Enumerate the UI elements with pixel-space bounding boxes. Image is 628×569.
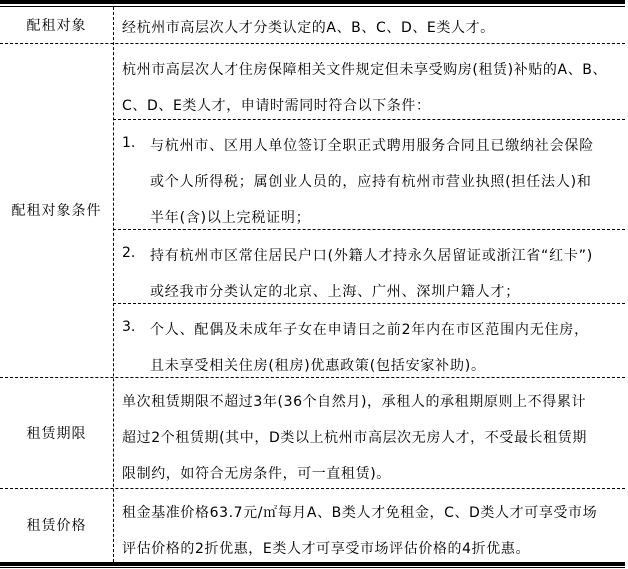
row-content-lease-term: 单次租赁期限不超过3年(36个自然月)，承租人的承租期原则上不得累计 超过2个租… [114, 377, 622, 488]
bottom-thin-rule [0, 567, 625, 568]
conditions-intro: 杭州市高层次人才住房保障相关文件规定但未享受购房(租赁)补贴的A、B、 C、D、… [114, 43, 622, 119]
condition-item-2: 2. 持有杭州市区常住居民户口(外籍人才持永久居留证或浙江省“红卡”) 或经我市… [114, 229, 622, 303]
text-line: 个人、配偶及未成年子女在申请日之前2年内在市区范围内无住房， [150, 319, 589, 339]
text-line: 评估价格的2折优惠，E类人才可享受市场评估价格的4折优惠。 [122, 538, 530, 558]
text-line: C、D、E类人才，申请时需同时符合以下条件： [122, 95, 431, 115]
item-number: 3. [122, 319, 135, 335]
text-line: 或经我市分类认定的北京、上海、广州、深圳户籍人才； [150, 281, 520, 301]
row-label-lease-term: 租赁期限 [0, 377, 113, 488]
row-label-rent-price: 租赁价格 [0, 488, 113, 562]
text-line: 限制约，如符合无房条件，可一直租赁)。 [122, 463, 391, 483]
item-number: 1. [122, 135, 135, 151]
text-line: 持有杭州市区常住居民户口(外籍人才持永久居留证或浙江省“红卡”) [150, 245, 593, 265]
bottom-thick-rule [0, 562, 625, 566]
condition-item-1: 1. 与杭州市、区用人单位签订全职正式聘用服务合同且已缴纳社会保险 或个人所得税… [114, 119, 622, 229]
row-content-target: 经杭州市高层次人才分类认定的A、B、C、D、E类人才。 [114, 7, 622, 43]
row-label-conditions: 配租对象条件 [0, 43, 113, 377]
text-line: 单次租赁期限不超过3年(36个自然月)，承租人的承租期原则上不得累计 [122, 391, 586, 411]
text-line: 经杭州市高层次人才分类认定的A、B、C、D、E类人才。 [122, 17, 495, 37]
text-line: 租金基准价格63.7元/㎡每月A、B类人才免租金，C、D类人才可享受市场 [122, 502, 597, 522]
text-line: 或个人所得税；属创业人员的，应持有杭州市营业执照(担任法人)和 [150, 171, 592, 191]
top-thick-rule [0, 0, 625, 4]
row-label-target: 配租对象 [0, 7, 113, 43]
text-line: 半年(含)以上完税证明； [150, 207, 311, 227]
text-line: 与杭州市、区用人单位签订全职正式聘用服务合同且已缴纳社会保险 [150, 135, 594, 155]
text-line: 且未享受相关住房(租房)优惠政策(包括安家补助)。 [150, 355, 486, 375]
text-line: 杭州市高层次人才住房保障相关文件规定但未享受购房(租赁)补贴的A、B、 [122, 59, 607, 79]
item-number: 2. [122, 245, 135, 261]
row-content-rent-price: 租金基准价格63.7元/㎡每月A、B类人才免租金，C、D类人才可享受市场 评估价… [114, 488, 622, 562]
condition-item-3: 3. 个人、配偶及未成年子女在申请日之前2年内在市区范围内无住房， 且未享受相关… [114, 303, 622, 377]
text-line: 超过2个租赁期(其中，D类以上杭州市高层次无房人才，不受最长租赁期 [122, 427, 587, 447]
policy-table: 配租对象 经杭州市高层次人才分类认定的A、B、C、D、E类人才。 配租对象条件 … [0, 0, 625, 569]
